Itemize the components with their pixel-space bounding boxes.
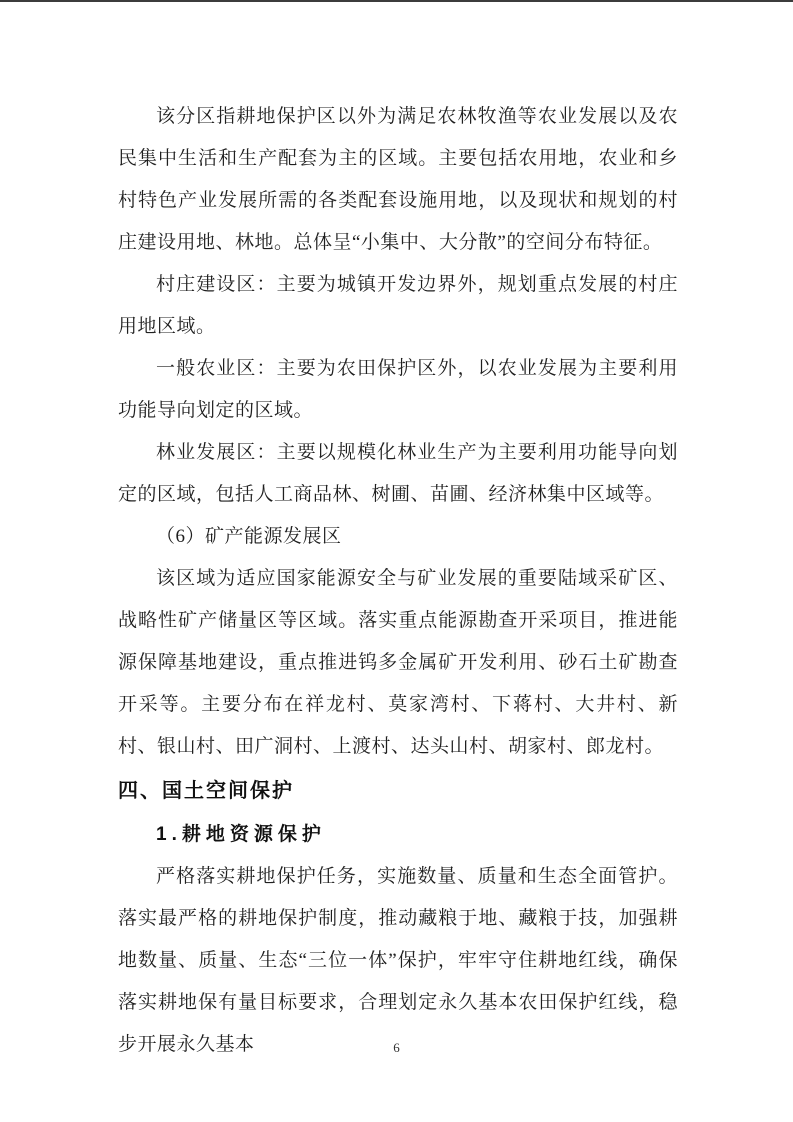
document-page: 该分区指耕地保护区以外为满足农林牧渔等农业发展以及农民集中生活和生产配套为主的区…	[0, 0, 793, 1122]
subsection-heading-cultivated-land-protection: 1.耕地资源保护	[118, 814, 678, 856]
document-body: 该分区指耕地保护区以外为满足农林牧渔等农业发展以及农民集中生活和生产配套为主的区…	[118, 96, 678, 1066]
paragraph-forestry-development-zone: 林业发展区：主要以规模化林业生产为主要利用功能导向划定的区域，包括人工商品林、树…	[118, 432, 678, 516]
paragraph-mineral-energy-zone-title: （6）矿产能源发展区	[118, 516, 678, 558]
paragraph-village-construction-zone: 村庄建设区：主要为城镇开发边界外，规划重点发展的村庄用地区域。	[118, 264, 678, 348]
paragraph-rural-development-zone-description: 该分区指耕地保护区以外为满足农林牧渔等农业发展以及农民集中生活和生产配套为主的区…	[118, 96, 678, 264]
page-number: 6	[0, 1038, 793, 1058]
paragraph-general-agriculture-zone: 一般农业区：主要为农田保护区外，以农业发展为主要利用功能导向划定的区域。	[118, 348, 678, 432]
paragraph-mineral-energy-zone-description: 该区域为适应国家能源安全与矿业发展的重要陆域采矿区、战略性矿产储量区等区域。落实…	[118, 558, 678, 768]
paragraph-cultivated-land-protection-description: 严格落实耕地保护任务，实施数量、质量和生态全面管护。落实最严格的耕地保护制度，推…	[118, 856, 678, 1066]
section-heading-territorial-space-protection: 四、国土空间保护	[118, 768, 678, 814]
